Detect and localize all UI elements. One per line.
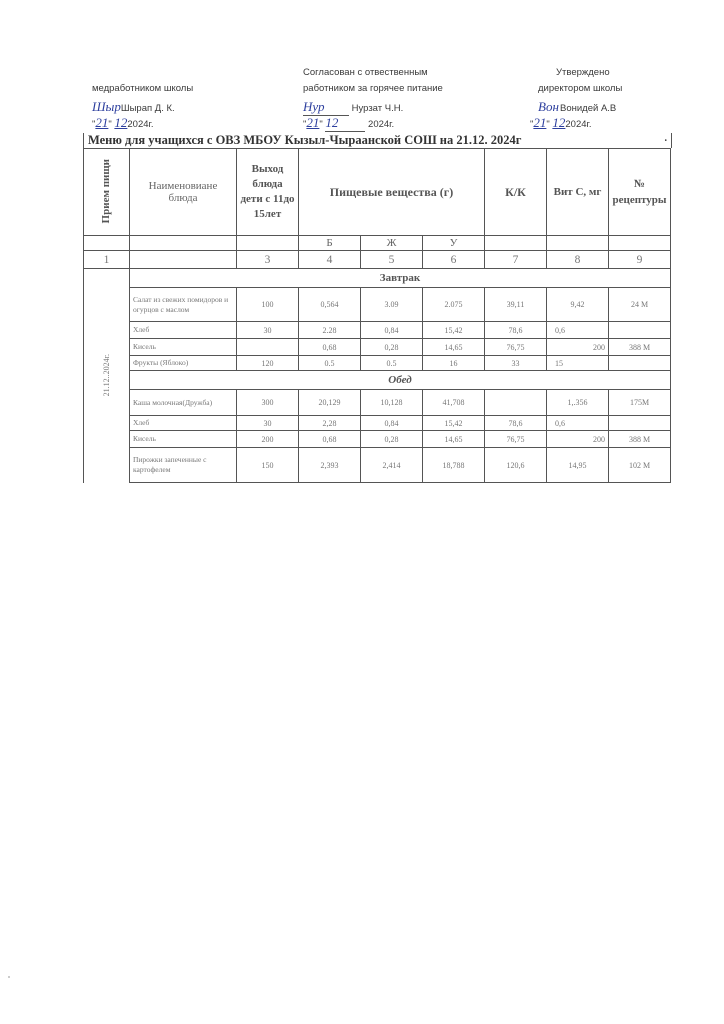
portion bbox=[237, 339, 299, 356]
agreed-year: 2024г. bbox=[368, 119, 394, 130]
kcal: 76,75 bbox=[485, 431, 547, 448]
header-vitc: Вит С, мг bbox=[547, 149, 609, 236]
protein: 0,564 bbox=[299, 288, 361, 322]
protein: 2,28 bbox=[299, 416, 361, 431]
fat: 0.5 bbox=[361, 356, 423, 371]
document-title-bar: Меню для учащихся с ОВЗ МБОУ Кызыл-Чыраа… bbox=[83, 133, 672, 148]
table-row: Каша молочная(Дружба) 300 20,129 10,128 … bbox=[84, 390, 671, 416]
subheader-empty-1 bbox=[84, 236, 130, 251]
carbs: 18,788 bbox=[423, 448, 485, 483]
subheader-fat: Ж bbox=[361, 236, 423, 251]
protein: 2,393 bbox=[299, 448, 361, 483]
col-num-6: 6 bbox=[423, 251, 485, 269]
vitc: 1,.356 bbox=[547, 390, 609, 416]
menu-table: Прием пищи Наименовиане блюда Выход блюд… bbox=[83, 148, 671, 483]
fat: 0,28 bbox=[361, 431, 423, 448]
subheader-empty-2 bbox=[130, 236, 237, 251]
protein: 20,129 bbox=[299, 390, 361, 416]
recipe: 102 М bbox=[609, 448, 671, 483]
medic-role: медработником школы bbox=[92, 83, 193, 94]
recipe bbox=[609, 416, 671, 431]
header-row: Прием пищи Наименовиане блюда Выход блюд… bbox=[84, 149, 671, 236]
subheader-empty-8 bbox=[547, 236, 609, 251]
kcal: 39,11 bbox=[485, 288, 547, 322]
section-row-breakfast: 21.12..2024г. Завтрак bbox=[84, 269, 671, 288]
date-column-mask bbox=[84, 458, 128, 503]
subheader-carbs: У bbox=[423, 236, 485, 251]
agreed-signature-line: Нур Нурзат Ч.Н. bbox=[303, 99, 403, 116]
director-signature: Вон bbox=[538, 99, 560, 115]
col-num-3: 3 bbox=[237, 251, 299, 269]
agreed-signature: Нур bbox=[303, 99, 349, 116]
medic-month: 12 bbox=[114, 115, 127, 130]
dish-name: Пирожки запеченные с картофелем bbox=[130, 448, 237, 483]
kcal: 76,75 bbox=[485, 339, 547, 356]
col-num-2 bbox=[130, 251, 237, 269]
agreed-name: Нурзат Ч.Н. bbox=[352, 103, 404, 114]
fat: 10,128 bbox=[361, 390, 423, 416]
medic-name: Шырап Д. К. bbox=[121, 103, 175, 114]
dish-name: Хлеб bbox=[130, 416, 237, 431]
agreed-month: 12 bbox=[325, 115, 365, 132]
subheader-empty-3 bbox=[237, 236, 299, 251]
dish-name: Кисель bbox=[130, 431, 237, 448]
fat: 0,84 bbox=[361, 416, 423, 431]
vitc: 14,95 bbox=[547, 448, 609, 483]
dish-name: Салат из свежих помидоров и огурцов с ма… bbox=[130, 288, 237, 322]
medic-day: 21 bbox=[95, 115, 108, 130]
vitc: 200 bbox=[547, 431, 609, 448]
dish-name: Кисель bbox=[130, 339, 237, 356]
date-cell: 21.12..2024г. bbox=[84, 269, 130, 483]
fat: 2,414 bbox=[361, 448, 423, 483]
medic-date-line: "21" 122024г. bbox=[92, 115, 153, 131]
col-num-5: 5 bbox=[361, 251, 423, 269]
subheader-protein: Б bbox=[299, 236, 361, 251]
kcal: 78,6 bbox=[485, 322, 547, 339]
recipe: 24 М bbox=[609, 288, 671, 322]
col-num-1: 1 bbox=[84, 251, 130, 269]
title-mark: . bbox=[665, 131, 668, 146]
header-portion: Выход блюда дети с 11до 15лет bbox=[237, 149, 299, 236]
section-title-lunch: Обед bbox=[130, 371, 671, 390]
agreed-date-line: "21" 12 2024г. bbox=[303, 115, 394, 132]
medic-year: 2024г. bbox=[127, 119, 153, 130]
column-numbers-row: 1 3 4 5 6 7 8 9 bbox=[84, 251, 671, 269]
fat: 0,28 bbox=[361, 339, 423, 356]
col-num-4: 4 bbox=[299, 251, 361, 269]
vitc: 0,6 bbox=[547, 416, 609, 431]
header-nutrients: Пищевые вещества (г) bbox=[299, 149, 485, 236]
col-num-9: 9 bbox=[609, 251, 671, 269]
scan-dot bbox=[8, 976, 10, 978]
portion: 300 bbox=[237, 390, 299, 416]
recipe: 175М bbox=[609, 390, 671, 416]
portion: 100 bbox=[237, 288, 299, 322]
director-line-2: директором школы bbox=[538, 83, 622, 94]
recipe bbox=[609, 356, 671, 371]
carbs: 14,65 bbox=[423, 431, 485, 448]
medic-signature: Шыр bbox=[92, 99, 121, 114]
carbs: 15,42 bbox=[423, 322, 485, 339]
carbs: 14,65 bbox=[423, 339, 485, 356]
subheader-empty-9 bbox=[609, 236, 671, 251]
document-title: Меню для учащихся с ОВЗ МБОУ Кызыл-Чыраа… bbox=[88, 133, 521, 147]
agreed-line-1: Согласован с отвественным bbox=[303, 67, 428, 78]
kcal: 120,6 bbox=[485, 448, 547, 483]
kcal: 78,6 bbox=[485, 416, 547, 431]
table-row: Хлеб 30 2.28 0,84 15,42 78,6 0,6 bbox=[84, 322, 671, 339]
director-name: Вонидей А.В bbox=[560, 103, 616, 114]
carbs: 41,708 bbox=[423, 390, 485, 416]
header-meal: Прием пищи bbox=[84, 149, 130, 236]
recipe bbox=[609, 322, 671, 339]
portion: 150 bbox=[237, 448, 299, 483]
section-row-lunch: Обед bbox=[84, 371, 671, 390]
director-year: 2024г. bbox=[565, 119, 591, 130]
agreed-day: 21 bbox=[306, 115, 319, 130]
director-month: 12 bbox=[552, 115, 565, 130]
director-line-1: Утверждено bbox=[556, 67, 610, 78]
director-signature-line: ВонВонидей А.В bbox=[538, 99, 616, 115]
portion: 30 bbox=[237, 322, 299, 339]
table-row: Кисель 200 0,68 0,28 14,65 76,75 200 388… bbox=[84, 431, 671, 448]
header-kcal: К/К bbox=[485, 149, 547, 236]
kcal: 33 bbox=[485, 356, 547, 371]
carbs: 2.075 bbox=[423, 288, 485, 322]
fat: 0,84 bbox=[361, 322, 423, 339]
dish-name: Фрукты (Яблоко) bbox=[130, 356, 237, 371]
table-row: Хлеб 30 2,28 0,84 15,42 78,6 0,6 bbox=[84, 416, 671, 431]
vitc: 15 bbox=[547, 356, 609, 371]
vitc: 0,6 bbox=[547, 322, 609, 339]
protein: 0,68 bbox=[299, 431, 361, 448]
protein: 2.28 bbox=[299, 322, 361, 339]
agreed-line-2: работником за горячее питание bbox=[303, 83, 443, 94]
table-row: Фрукты (Яблоко) 120 0.5 0.5 16 33 15 bbox=[84, 356, 671, 371]
portion: 200 bbox=[237, 431, 299, 448]
table-row: Кисель 0,68 0,28 14,65 76,75 200 388 М bbox=[84, 339, 671, 356]
medic-signature-line: ШырШырап Д. К. bbox=[92, 99, 175, 115]
director-day: 21 bbox=[533, 115, 546, 130]
table-row: Пирожки запеченные с картофелем 150 2,39… bbox=[84, 448, 671, 483]
vitc: 9,42 bbox=[547, 288, 609, 322]
header-dish: Наименовиане блюда bbox=[130, 149, 237, 236]
carbs: 15,42 bbox=[423, 416, 485, 431]
recipe: 388 М bbox=[609, 339, 671, 356]
protein: 0,68 bbox=[299, 339, 361, 356]
vitc: 200 bbox=[547, 339, 609, 356]
col-num-7: 7 bbox=[485, 251, 547, 269]
fat: 3.09 bbox=[361, 288, 423, 322]
dish-name: Хлеб bbox=[130, 322, 237, 339]
protein: 0.5 bbox=[299, 356, 361, 371]
section-title-breakfast: Завтрак bbox=[130, 269, 671, 288]
kcal bbox=[485, 390, 547, 416]
recipe: 388 М bbox=[609, 431, 671, 448]
table-row: Салат из свежих помидоров и огурцов с ма… bbox=[84, 288, 671, 322]
dish-name: Каша молочная(Дружба) bbox=[130, 390, 237, 416]
header-recipe: № рецептуры bbox=[609, 149, 671, 236]
carbs: 16 bbox=[423, 356, 485, 371]
col-num-8: 8 bbox=[547, 251, 609, 269]
subheader-row: Б Ж У bbox=[84, 236, 671, 251]
portion: 120 bbox=[237, 356, 299, 371]
subheader-empty-7 bbox=[485, 236, 547, 251]
director-date-line: "21" 122024г. bbox=[530, 115, 591, 131]
portion: 30 bbox=[237, 416, 299, 431]
